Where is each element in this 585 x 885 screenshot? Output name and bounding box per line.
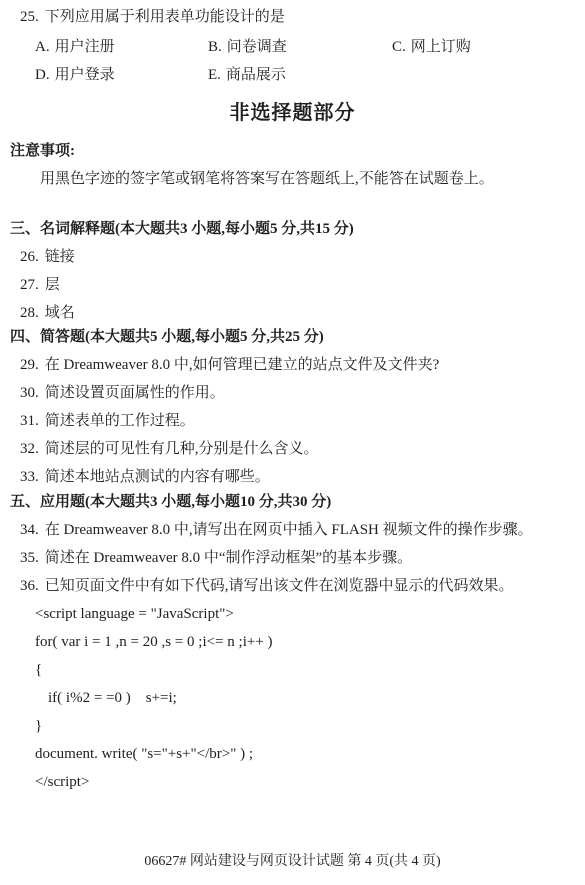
option-d-text: 用户登录 — [55, 67, 115, 83]
question-30-number: 30. — [20, 385, 39, 401]
question-32-text: 简述层的可见性有几种,分别是什么含义。 — [45, 441, 319, 457]
question-25-options-row-1: A.用户注册B.问卷调查C.网上订购 — [0, 33, 585, 61]
option-b: B.问卷调查 — [208, 33, 392, 61]
section-four-heading: 四、简答题(本大题共5 小题,每小题5 分,共25 分) — [0, 323, 585, 351]
question-27-number: 27. — [20, 277, 39, 293]
option-c: C.网上订购 — [392, 33, 471, 61]
question-31-number: 31. — [20, 413, 39, 429]
code-line-script-close: </script> — [0, 768, 585, 796]
code-line-open-brace: { — [0, 656, 585, 684]
code-line-close-brace: } — [0, 712, 585, 740]
question-28-text: 域名 — [45, 305, 75, 321]
question-32-number: 32. — [20, 441, 39, 457]
code-line-if: if( i%2 = =0 ) s+=i; — [0, 684, 585, 712]
question-31-text: 简述表单的工作过程。 — [45, 413, 195, 429]
option-b-text: 问卷调查 — [227, 39, 287, 55]
question-27-text: 层 — [45, 277, 60, 293]
question-28-number: 28. — [20, 305, 39, 321]
question-35: 35.简述在 Dreamweaver 8.0 中“制作浮动框架”的基本步骤。 — [0, 544, 585, 572]
question-36: 36.已知页面文件中有如下代码,请写出该文件在浏览器中显示的代码效果。 — [0, 572, 585, 600]
notice-body: 用黑色字迹的签字笔或钢笔将答案写在答题纸上,不能答在试题卷上。 — [0, 165, 585, 193]
option-d-label: D. — [35, 67, 50, 83]
code-line-script-open: <script language = "JavaScript"> — [0, 600, 585, 628]
option-d: D.用户登录 — [35, 61, 208, 89]
question-31: 31.简述表单的工作过程。 — [0, 407, 585, 435]
notice-title: 注意事项: — [0, 137, 585, 165]
option-e-text: 商品展示 — [226, 67, 286, 83]
question-26-text: 链接 — [45, 249, 75, 265]
question-30-text: 简述设置页面属性的作用。 — [45, 385, 225, 401]
section-five-heading: 五、应用题(本大题共3 小题,每小题10 分,共30 分) — [0, 488, 585, 516]
question-25-options-row-2: D.用户登录E.商品展示 — [0, 61, 585, 89]
question-35-text: 简述在 Dreamweaver 8.0 中“制作浮动框架”的基本步骤。 — [45, 550, 412, 566]
question-33: 33.简述本地站点测试的内容有哪些。 — [0, 463, 585, 491]
option-e-label: E. — [208, 67, 221, 83]
question-35-number: 35. — [20, 550, 39, 566]
option-e: E.商品展示 — [208, 61, 286, 89]
question-32: 32.简述层的可见性有几种,分别是什么含义。 — [0, 435, 585, 463]
question-36-text: 已知页面文件中有如下代码,请写出该文件在浏览器中显示的代码效果。 — [45, 578, 514, 594]
question-29: 29.在 Dreamweaver 8.0 中,如何管理已建立的站点文件及文件夹? — [0, 351, 585, 379]
question-25-text: 下列应用属于利用表单功能设计的是 — [45, 9, 285, 25]
question-34-number: 34. — [20, 522, 39, 538]
question-29-number: 29. — [20, 357, 39, 373]
question-36-number: 36. — [20, 578, 39, 594]
question-34-text: 在 Dreamweaver 8.0 中,请写出在网页中插入 FLASH 视频文件… — [45, 522, 533, 538]
question-30: 30.简述设置页面属性的作用。 — [0, 379, 585, 407]
question-27: 27.层 — [0, 271, 585, 299]
option-a: A.用户注册 — [35, 33, 208, 61]
option-b-label: B. — [208, 39, 222, 55]
option-c-label: C. — [392, 39, 406, 55]
question-26-number: 26. — [20, 249, 39, 265]
question-25: 25.下列应用属于利用表单功能设计的是 — [0, 3, 585, 31]
question-25-number: 25. — [20, 9, 39, 25]
page-footer: 06627# 网站建设与网页设计试题 第 4 页(共 4 页) — [0, 852, 585, 872]
code-line-for: for( var i = 1 ,n = 20 ,s = 0 ;i<= n ;i+… — [0, 628, 585, 656]
section-three-heading: 三、名词解释题(本大题共3 小题,每小题5 分,共15 分) — [0, 215, 585, 243]
option-c-text: 网上订购 — [411, 39, 471, 55]
option-a-label: A. — [35, 39, 50, 55]
exam-paper-page: 25.下列应用属于利用表单功能设计的是 A.用户注册B.问卷调查C.网上订购 D… — [0, 0, 585, 885]
part-heading: 非选择题部分 — [0, 97, 585, 129]
question-26: 26.链接 — [0, 243, 585, 271]
question-29-text: 在 Dreamweaver 8.0 中,如何管理已建立的站点文件及文件夹? — [45, 357, 440, 373]
question-33-number: 33. — [20, 469, 39, 485]
question-33-text: 简述本地站点测试的内容有哪些。 — [45, 469, 270, 485]
code-line-document-write: document. write( "s="+s+"</br>" ) ; — [0, 740, 585, 768]
question-34: 34.在 Dreamweaver 8.0 中,请写出在网页中插入 FLASH 视… — [0, 516, 585, 544]
option-a-text: 用户注册 — [55, 39, 115, 55]
